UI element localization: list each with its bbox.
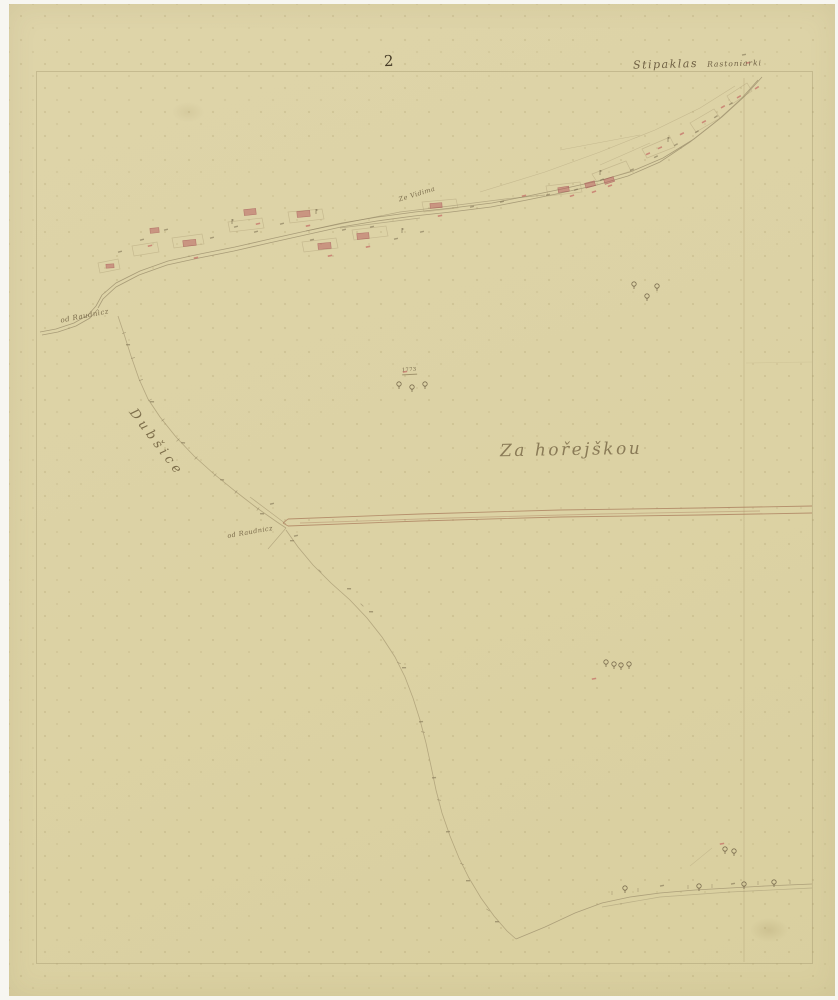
survey-post-icon	[316, 209, 318, 214]
map-linework	[0, 0, 838, 1000]
paper-fold-line	[744, 78, 812, 962]
map-sheet-scan: { "sheet": { "page_number": "2", "title"…	[0, 0, 838, 1000]
red-parcel-number-marks	[148, 62, 759, 844]
tree-icon	[632, 282, 636, 289]
tree-icon	[627, 662, 631, 669]
tree-icon	[604, 660, 608, 667]
bottom-road	[516, 848, 812, 939]
tree-icon	[723, 847, 727, 854]
tree-icon	[732, 849, 736, 856]
tree-symbols	[397, 282, 776, 893]
tree-icon	[645, 294, 649, 301]
tree-icon	[619, 663, 623, 670]
road-junction	[250, 497, 286, 549]
parcel-number-marks	[118, 54, 746, 922]
tree-icon	[423, 382, 427, 389]
village-road	[40, 77, 762, 335]
tree-icon	[410, 385, 414, 392]
tree-icon	[655, 284, 659, 291]
survey-posts	[232, 137, 670, 233]
tree-icon	[397, 382, 401, 389]
tree-icon	[612, 662, 616, 669]
winding-path-south	[286, 530, 516, 939]
survey-post-icon	[600, 170, 602, 175]
boundary-path-dubsice	[118, 316, 286, 528]
road-to-vidim	[306, 195, 545, 231]
tree-icon	[623, 886, 627, 893]
field-boundary-lines	[480, 86, 735, 192]
survey-post-icon	[402, 228, 404, 233]
main-road-east	[283, 506, 812, 526]
red-buildings	[106, 177, 615, 269]
